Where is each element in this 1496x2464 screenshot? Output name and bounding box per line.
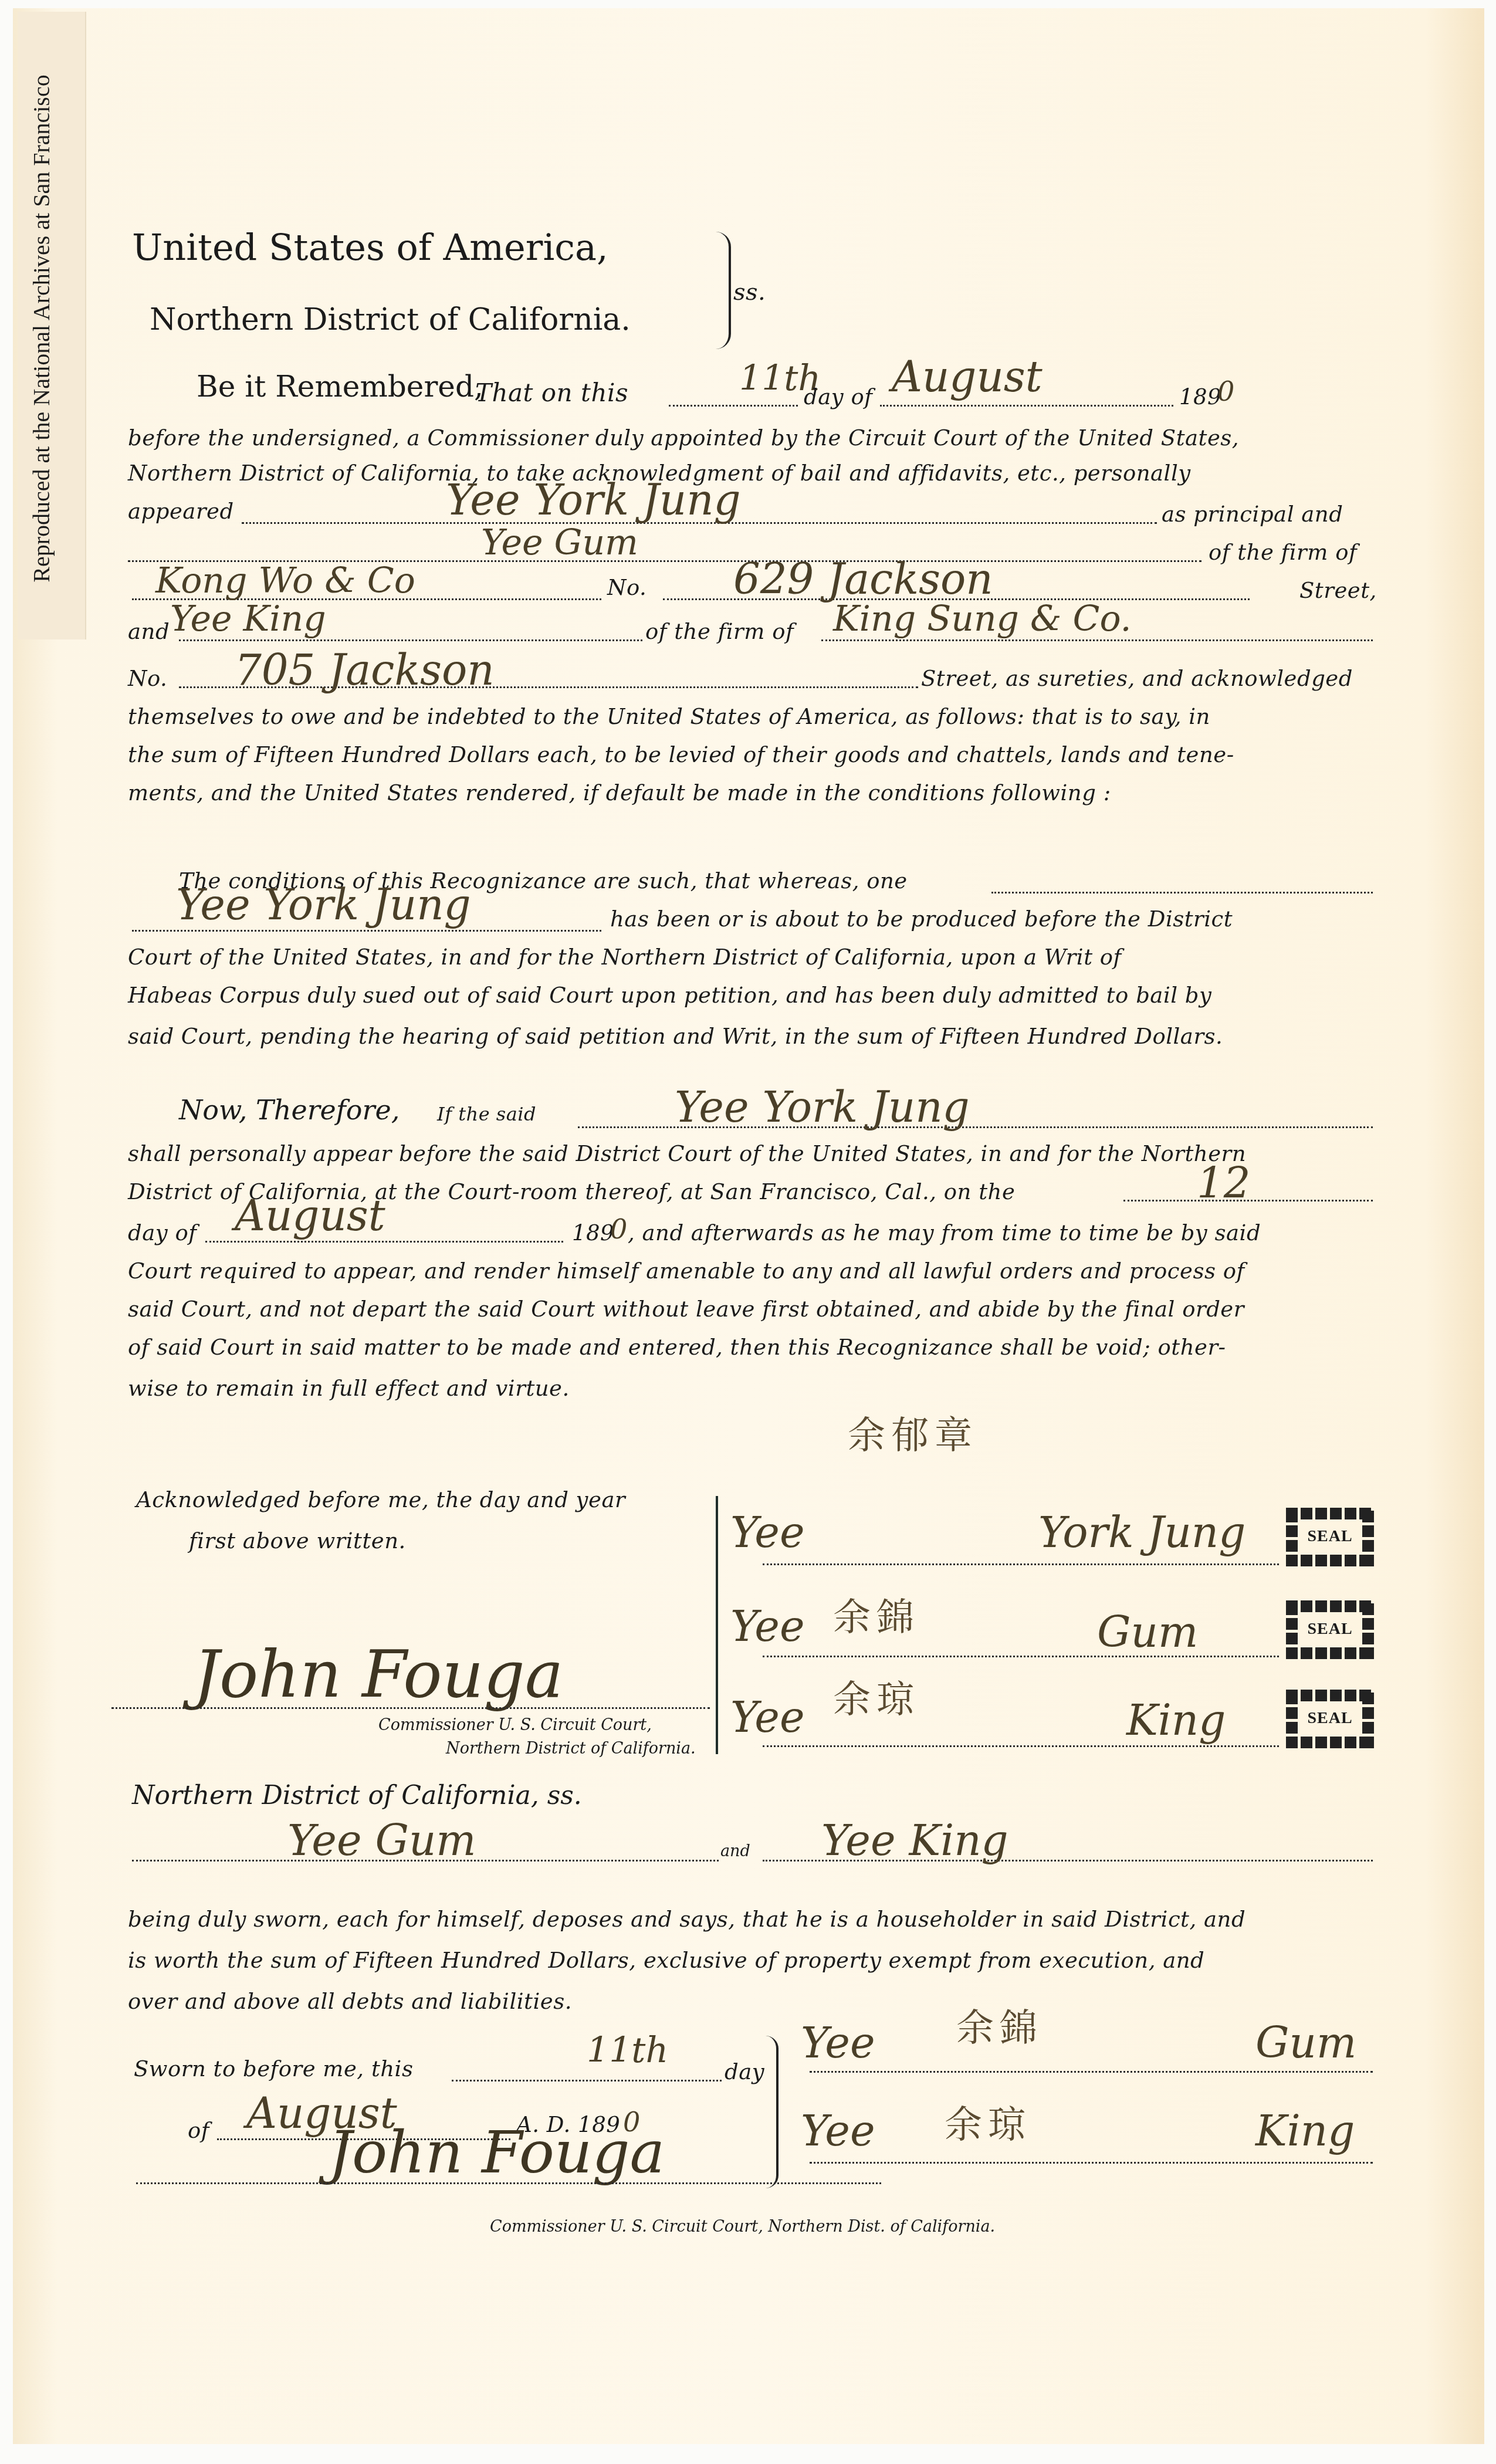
header-country: United States of America, — [132, 226, 608, 269]
surety2-field[interactable]: Yee King — [170, 598, 326, 639]
seal-1: SEAL — [1286, 1508, 1374, 1566]
appear-month-field[interactable]: August — [235, 1191, 385, 1240]
surety1-field[interactable]: Yee Gum — [481, 522, 638, 563]
appeared-label: appeared — [128, 499, 234, 524]
signature-2-left[interactable]: Yee — [730, 1602, 805, 1651]
conditions-line-2: Court of the United States, in and for t… — [128, 945, 1122, 970]
sworn-brace — [766, 2036, 779, 2188]
signature-2-line — [763, 1656, 1279, 1657]
if-the-said-label: If the said — [437, 1103, 536, 1125]
affidavit-surety1-field[interactable]: Yee Gum — [287, 1816, 476, 1865]
year-prefix: 189 — [1179, 384, 1221, 409]
signature-3-right[interactable]: King — [1126, 1695, 1226, 1745]
surety2-field-line — [179, 639, 642, 641]
and-label: and — [128, 619, 170, 644]
commissioner-signature[interactable]: John Fouga — [194, 1637, 563, 1712]
seal-1-label: SEAL — [1286, 1527, 1374, 1546]
signature-3-line — [763, 1745, 1279, 1747]
conditions-line-3: Habeas Corpus duly sued out of said Cour… — [128, 983, 1211, 1008]
acknowledged-line-1: Acknowledged before me, the day and year — [136, 1487, 625, 1512]
now-therefore-line-7: of said Court in said matter to be made … — [128, 1335, 1226, 1360]
acknowledged-line-2: first above written. — [189, 1528, 406, 1553]
sworn-signer-1-right[interactable]: Gum — [1255, 2018, 1356, 2067]
signature-2-right[interactable]: Gum — [1097, 1607, 1198, 1657]
sworn-commissioner-caption: Commissioner U. S. Circuit Court, Northe… — [490, 2218, 995, 2236]
now-therefore-line-8: wise to remain in full effect and virtue… — [128, 1376, 570, 1401]
address2-field[interactable]: 705 Jackson — [235, 645, 495, 695]
archive-credit: Reproduced at the National Archives at S… — [28, 75, 55, 582]
year-field[interactable]: 0 — [1217, 375, 1234, 407]
signature-2-chinese: 余錦 — [833, 1587, 920, 1641]
address1-field[interactable]: 629 Jackson — [733, 554, 993, 604]
now-therefore-name-field[interactable]: Yee York Jung — [675, 1082, 970, 1132]
signature-1-left[interactable]: Yee — [730, 1508, 805, 1557]
conditions-name-field[interactable]: Yee York Jung — [176, 880, 471, 929]
sworn-signer-1-line — [810, 2071, 1373, 2073]
firm2-label: of the firm of — [645, 619, 794, 644]
sworn-signer-1-chinese: 余錦 — [956, 1998, 1043, 2052]
sworn-signer-2-line — [810, 2162, 1373, 2164]
month-field-line — [880, 405, 1173, 407]
no2-label: No. — [128, 666, 167, 691]
appear-year-prefix: 189 — [572, 1220, 614, 1245]
sworn-commissioner-signature[interactable]: John Fouga — [329, 2118, 665, 2187]
now-therefore-lead: Now, Therefore, — [179, 1094, 400, 1126]
now-therefore-line-5: Court required to appear, and render him… — [128, 1258, 1245, 1284]
of-the-firm-label: of the firm of — [1209, 540, 1357, 565]
sworn-day-line — [452, 2080, 722, 2081]
seal-3: SEAL — [1286, 1690, 1374, 1748]
sworn-day-field[interactable]: 11th — [587, 2030, 668, 2071]
day-of-label: day of — [804, 384, 872, 409]
commissioner-caption-2: Northern District of California. — [446, 1739, 696, 1758]
now-therefore-line-2: shall personally appear before the said … — [128, 1141, 1246, 1166]
sworn-signer-1-left[interactable]: Yee — [801, 2018, 875, 2067]
be-it-remembered: Be it Remembered, — [197, 370, 483, 404]
sworn-label: Sworn to before me, this — [134, 2056, 413, 2081]
affidavit-heading: Northern District of California, ss. — [132, 1781, 582, 1810]
affidavit-line-2: is worth the sum of Fifteen Hundred Doll… — [128, 1948, 1204, 1973]
affidavit-line-3: over and above all debts and liabilities… — [128, 1989, 572, 2014]
conditions-intro-line — [991, 892, 1373, 893]
sworn-commissioner-line — [136, 2182, 881, 2184]
appear-day-of-label: day of — [128, 1220, 197, 1245]
appear-day-field[interactable]: 12 — [1197, 1159, 1251, 1208]
signature-1-line — [763, 1563, 1279, 1565]
firm2-field-line — [821, 639, 1373, 641]
no-label: No. — [607, 575, 647, 600]
as-principal-label: as principal and — [1162, 502, 1343, 527]
signature-brace — [716, 1496, 718, 1754]
affidavit-line-1: being duly sworn, each for himself, depo… — [128, 1907, 1245, 1932]
street-label: Street, — [1299, 578, 1377, 603]
signature-3-chinese: 余琼 — [833, 1669, 920, 1723]
principal-chinese-signature: 余郁章 — [848, 1405, 978, 1459]
header-district: Northern District of California. — [150, 302, 631, 337]
sworn-signer-2-left[interactable]: Yee — [801, 2106, 875, 2155]
affidavit-surety2-field[interactable]: Yee King — [821, 1816, 1008, 1865]
firm1-field[interactable]: Kong Wo & Co — [155, 560, 415, 601]
sworn-day-label: day — [725, 2059, 764, 2084]
street2-label: Street, as sureties, and acknowledged — [921, 666, 1353, 691]
that-on-this: That on this — [475, 378, 628, 407]
appear-month-line — [205, 1241, 563, 1243]
recognizance-line-ments: ments, and the United States rendered, i… — [128, 780, 1111, 805]
commissioner-signature-line — [111, 1707, 710, 1709]
signature-3-left[interactable]: Yee — [730, 1693, 805, 1742]
sworn-signer-2-chinese: 余琼 — [945, 2094, 1031, 2148]
sworn-of-label: of — [188, 2118, 209, 2143]
day-field-line — [669, 405, 798, 407]
recognizance-line-2: before the undersigned, a Commissioner d… — [128, 425, 1239, 451]
signature-1-right[interactable]: York Jung — [1038, 1508, 1245, 1557]
firm2-field[interactable]: King Sung & Co. — [833, 598, 1132, 639]
sworn-signer-2-right[interactable]: King — [1255, 2106, 1355, 2155]
commissioner-caption-1: Commissioner U. S. Circuit Court, — [378, 1716, 652, 1734]
appear-year-field[interactable]: 0 — [610, 1213, 627, 1245]
now-therefore-line-4: , and afterwards as he may from time to … — [628, 1220, 1261, 1245]
month-field[interactable]: August — [892, 352, 1043, 401]
conditions-line-1: has been or is about to be produced befo… — [610, 906, 1233, 932]
seal-3-label: SEAL — [1286, 1709, 1374, 1728]
seal-2: SEAL — [1286, 1600, 1374, 1659]
conditions-line-4: said Court, pending the hearing of said … — [128, 1024, 1223, 1049]
principal-field[interactable]: Yee York Jung — [446, 475, 741, 524]
affidavit-and-label: and — [720, 1842, 750, 1860]
now-therefore-line-6: said Court, and not depart the said Cour… — [128, 1297, 1244, 1322]
header-ss: ss. — [733, 279, 766, 306]
seal-2-label: SEAL — [1286, 1620, 1374, 1639]
header-brace — [716, 232, 731, 349]
recognizance-line-sum: the sum of Fifteen Hundred Dollars each,… — [128, 742, 1234, 767]
recognizance-line-themselves: themselves to owe and be indebted to the… — [128, 704, 1210, 729]
conditions-name-line — [132, 930, 601, 932]
